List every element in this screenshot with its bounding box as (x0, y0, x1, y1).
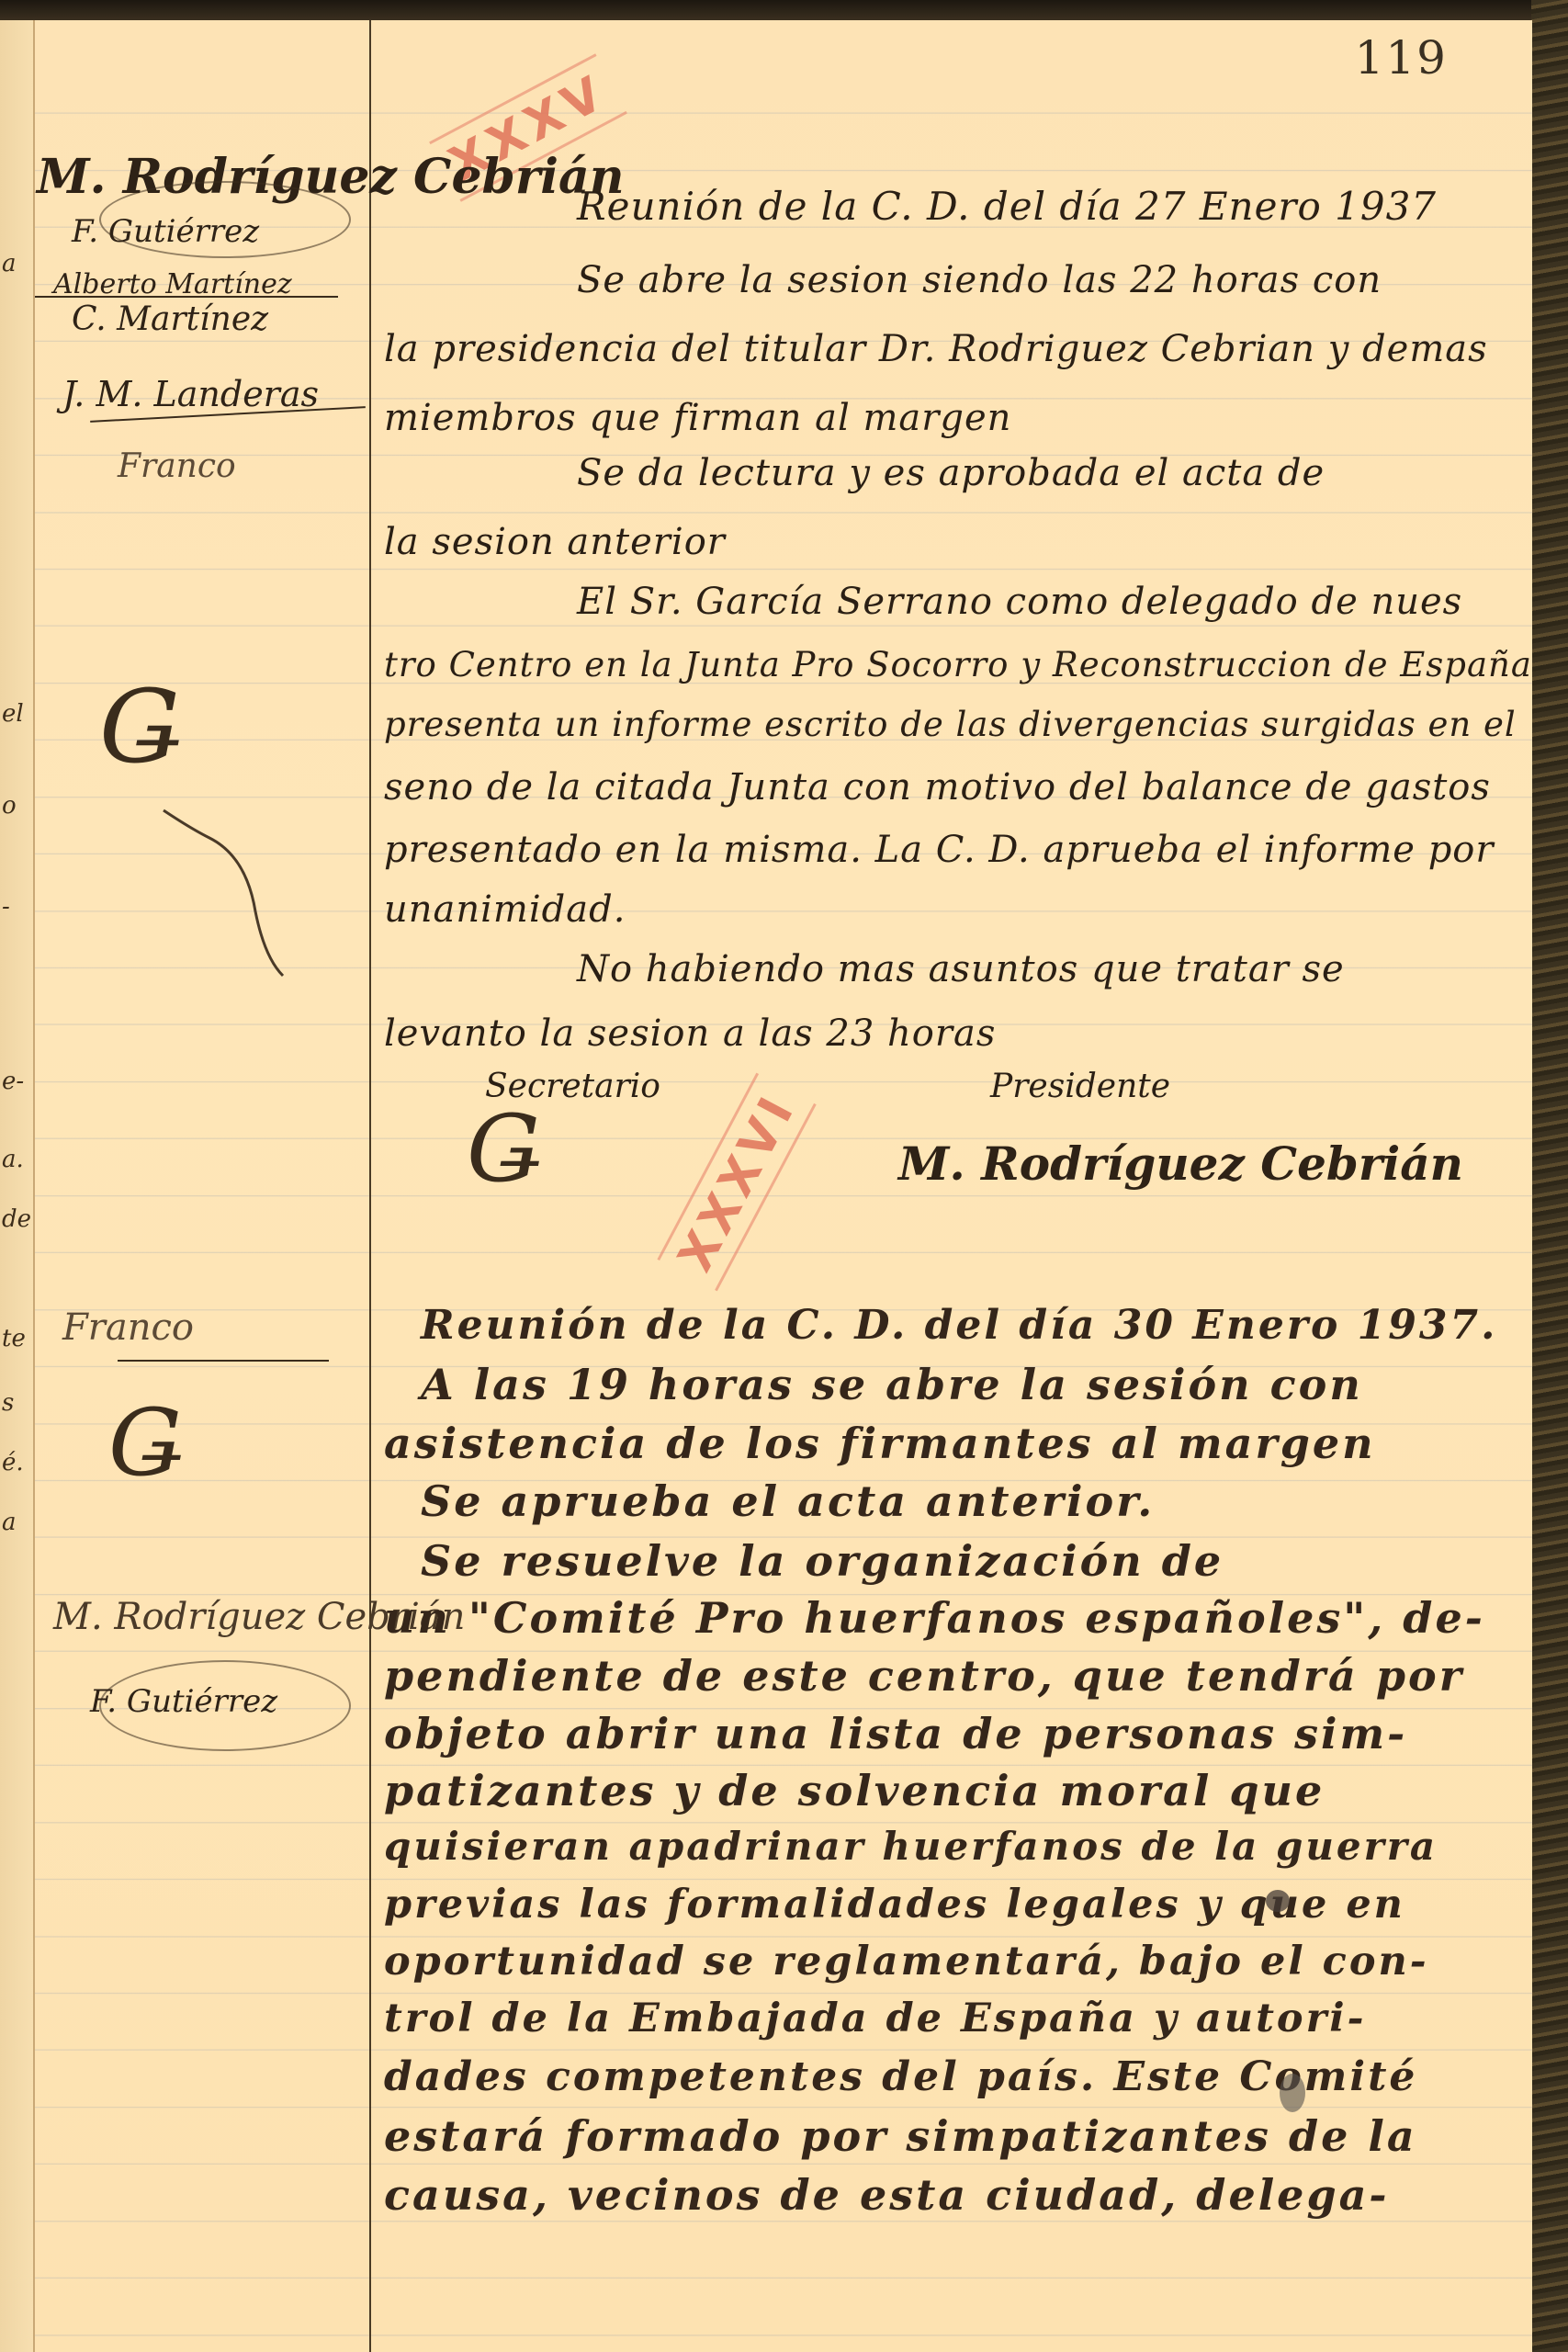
minutes-line: objeto abrir una lista de personas sim- (384, 1709, 1407, 1758)
prev-page-fragment: a (2, 1509, 17, 1536)
minutes-line: presentado en la misma. La C. D. aprueba… (384, 829, 1495, 871)
minutes-line: oportunidad se reglamentará, bajo el con… (384, 1939, 1429, 1984)
previous-page-edge: a el o - e- a. de te s é. a (0, 20, 35, 2352)
signature: F. Gutiérrez (72, 213, 259, 250)
signature-underline (118, 1360, 329, 1362)
minutes-line: No habiendo mas asuntos que tratar se (577, 948, 1345, 990)
margin-rule (369, 20, 371, 2352)
minutes-line: un "Comité Pro huerfanos españoles", de- (384, 1593, 1485, 1643)
minutes-line: causa, vecinos de esta ciudad, delega- (384, 2170, 1390, 2220)
minutes-line: asistencia de los firmantes al margen (384, 1419, 1376, 1468)
signature: Franco (62, 1306, 194, 1349)
book-binding-edge (1531, 0, 1568, 2352)
minutes-line: levanto la sesion a las 23 horas (384, 1012, 996, 1055)
secretary-signature: Ǥ (467, 1095, 545, 1203)
minutes-line: miembros que firman al margen (384, 397, 1011, 439)
minutes-line: Se resuelve la organización de (421, 1536, 1224, 1586)
minutes-line: dades competentes del país. Este Comité (384, 2053, 1417, 2100)
minutes-line: Se abre la sesion siendo las 22 horas co… (577, 259, 1382, 301)
minutes-line: patizantes y de solvencia moral que (384, 1766, 1325, 1815)
minutes-line: la sesion anterior (384, 521, 726, 563)
minutes-line: trol de la Embajada de España y autori- (384, 1996, 1366, 2041)
prev-page-fragment: te (2, 1325, 26, 1352)
minutes-line: pendiente de este centro, que tendrá por (384, 1651, 1464, 1701)
minutes-line: previas las formalidades legales y que e… (384, 1882, 1405, 1928)
page-number: 119 (1355, 31, 1448, 85)
signature: F. Gutiérrez (90, 1683, 277, 1720)
minutes-line: Se aprueba el acta anterior. (421, 1476, 1155, 1526)
ledger-page: 119 XXXV XXXVI M. Rodríguez Cebrián F. G… (35, 20, 1532, 2352)
minutes-line: quisieran apadrinar huerfanos de la guer… (384, 1824, 1438, 1869)
minutes-heading: Reunión de la C. D. del día 27 Enero 193… (577, 184, 1437, 229)
prev-page-fragment: e- (2, 1068, 24, 1095)
ink-blot (1266, 1890, 1290, 1912)
prev-page-fragment: de (2, 1205, 31, 1233)
prev-page-fragment: el (2, 700, 24, 728)
prev-page-fragment: o (2, 792, 17, 820)
minutes-line: estará formado por simpatizantes de la (384, 2111, 1417, 2161)
president-label: Presidente (990, 1068, 1170, 1105)
signature: Franco (118, 447, 236, 485)
signature-underline (35, 296, 338, 298)
book-cover-top (0, 0, 1568, 20)
ink-blot (1280, 2074, 1305, 2112)
minutes-line: tro Centro en la Junta Pro Socorro y Rec… (384, 645, 1532, 684)
monogram-signature: Ǥ (99, 668, 185, 786)
prev-page-fragment: s (2, 1389, 14, 1417)
signature: J. M. Landeras (62, 374, 319, 414)
minutes-line: seno de la citada Junta con motivo del b… (384, 766, 1491, 808)
president-signature: M. Rodríguez Cebrián (898, 1136, 1463, 1191)
prev-page-fragment: a. (2, 1146, 24, 1173)
minutes-line: presenta un informe escrito de las diver… (384, 705, 1517, 744)
monogram-signature: Ǥ (108, 1389, 186, 1497)
prev-page-fragment: - (2, 893, 10, 921)
prev-page-fragment: a (2, 250, 17, 277)
minutes-line: Se da lectura y es aprobada el acta de (577, 452, 1325, 494)
minutes-line: la presidencia del titular Dr. Rodriguez… (384, 328, 1488, 370)
minutes-line: El Sr. García Serrano como delegado de n… (577, 581, 1462, 623)
minutes-line: unanimidad. (384, 888, 626, 931)
signature-flourish (154, 801, 301, 985)
minutes-line: A las 19 horas se abre la sesión con (421, 1360, 1363, 1409)
signature: C. Martínez (72, 300, 268, 338)
minutes-heading: Reunión de la C. D. del día 30 Enero 193… (421, 1302, 1497, 1349)
prev-page-fragment: é. (2, 1449, 24, 1476)
